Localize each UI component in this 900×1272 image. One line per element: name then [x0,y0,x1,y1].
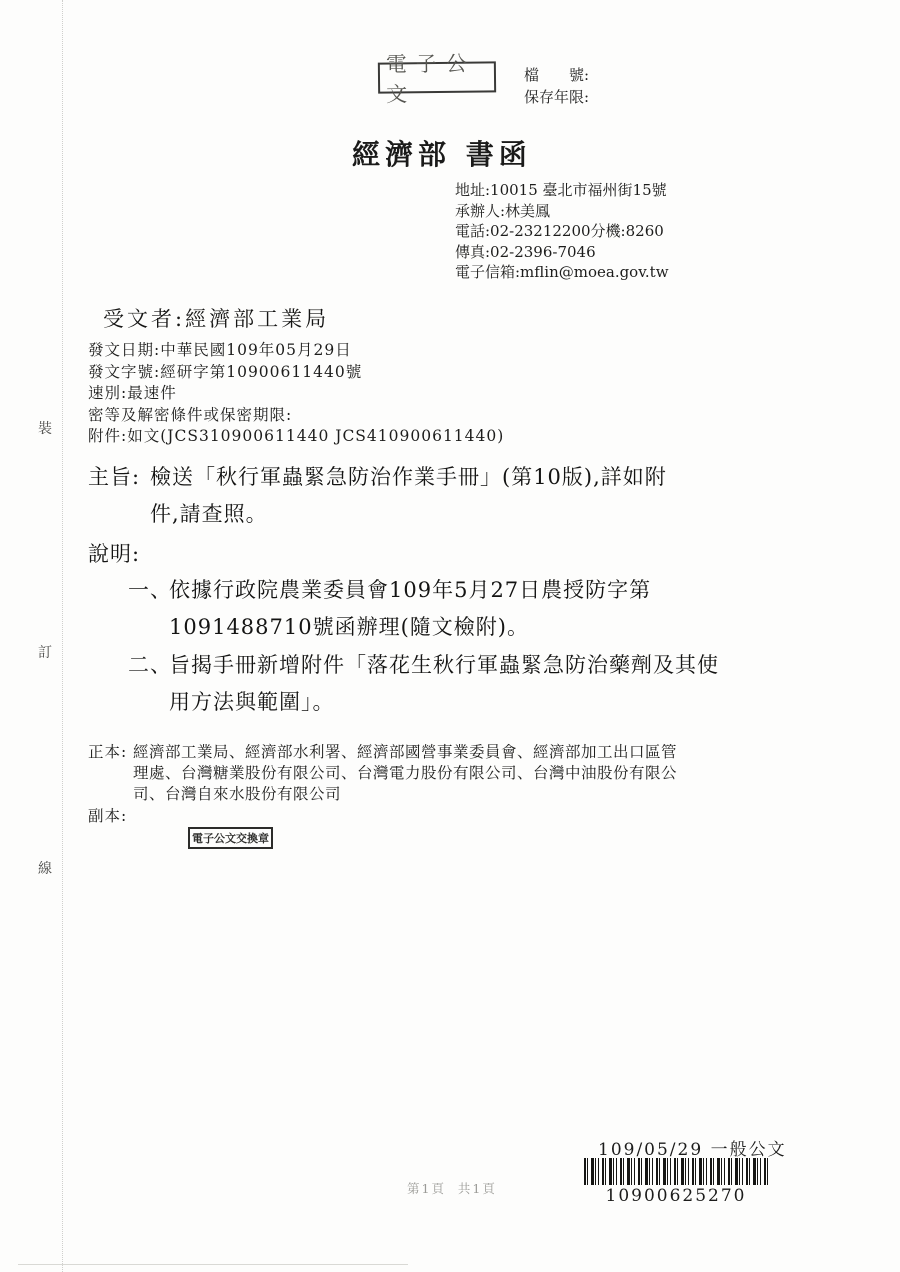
document-title: 經濟部 書函 [352,133,532,173]
file-number-label: 檔 號: [524,64,589,86]
original-line: 理處、台灣糖業股份有限公司、台灣電力股份有限公司、台灣中油股份有限公 [133,763,677,784]
item-number: 二、 [128,647,172,684]
item-line: 依據行政院農業委員會109年5月27日農授防字第 [169,572,651,609]
page-number-label: 第1頁 共1頁 [407,1179,497,1197]
attachment-line: 附件:如文(JCS310900611440 JCS410900611440) [88,426,504,448]
contact-fax: 傳真:02-2396-7046 [455,242,669,263]
subject-line: 件,請查照。 [150,496,667,533]
binding-char-zhuang: 裝 [38,418,52,438]
subject-block: 主旨: 檢送「秋行軍蟲緊急防治作業手冊」(第10版),詳如附 件,請查照。 [88,459,667,533]
issue-date: 發文日期:中華民國109年05月29日 [88,340,504,362]
electronic-exchange-stamp: 電子公文交換章 [188,827,273,849]
original-line: 經濟部工業局、經濟部水利署、經濟部國營事業委員會、經濟部加工出口區管 [133,742,677,763]
explanation-item-1: 一、 依據行政院農業委員會109年5月27日農授防字第 1091488710號函… [128,572,651,646]
contact-email: 電子信箱:mflin@moea.gov.tw [455,262,669,283]
item-line: 旨揭手冊新增附件「落花生秋行軍蟲緊急防治藥劑及其使 [169,647,719,684]
binding-char-ding: 訂 [38,642,52,662]
barcode-number: 10900625270 [584,1186,768,1206]
explanation-item-2: 二、 旨揭手冊新增附件「落花生秋行軍蟲緊急防治藥劑及其使 用方法與範圍」。 [128,647,719,721]
item-line: 1091488710號函辦理(隨文檢附)。 [169,609,651,646]
scan-artifact-line [18,1264,408,1265]
document-page: 裝 訂 線 電子公文 檔 號: 保存年限: 經濟部 書函 地址:10015 臺北… [0,0,900,1272]
electronic-document-stamp: 電子公文 [378,61,496,93]
retention-period-label: 保存年限: [524,86,589,108]
original-label: 正本: [88,742,127,763]
issue-number: 發文字號:經研字第10900611440號 [88,362,504,384]
contact-address: 地址:10015 臺北市福州街15號 [455,180,669,201]
footer-date-line: 109/05/29 一般公文 [598,1135,787,1160]
contact-block: 地址:10015 臺北市福州街15號 承辦人:林美鳳 電話:02-2321220… [455,180,669,283]
barcode [584,1158,768,1185]
subject-line: 檢送「秋行軍蟲緊急防治作業手冊」(第10版),詳如附 [150,459,667,496]
recipient-line: 受文者:經濟部工業局 [103,303,329,333]
subject-label: 主旨: [88,459,140,496]
copies-block: 正本: 經濟部工業局、經濟部水利署、經濟部國營事業委員會、經濟部加工出口區管 理… [88,742,677,806]
file-number-block: 檔 號: 保存年限: [524,64,589,108]
contact-phone: 電話:02-23212200分機:8260 [455,221,669,242]
binding-char-xian: 線 [38,858,52,878]
secrecy-line: 密等及解密條件或保密期限: [88,405,504,427]
metadata-block: 發文日期:中華民國109年05月29日 發文字號:經研字第10900611440… [88,340,504,448]
speed-class: 速別:最速件 [88,383,504,405]
contact-person: 承辦人:林美鳳 [455,201,669,222]
explanation-label: 說明: [88,538,140,568]
item-line: 用方法與範圍」。 [169,684,719,721]
copy-label: 副本: [88,806,127,827]
item-number: 一、 [128,572,172,609]
binding-dotted-line [62,0,63,1272]
original-line: 司、台灣自來水股份有限公司 [133,784,677,805]
original-recipients-row: 正本: 經濟部工業局、經濟部水利署、經濟部國營事業委員會、經濟部加工出口區管 理… [88,742,677,805]
